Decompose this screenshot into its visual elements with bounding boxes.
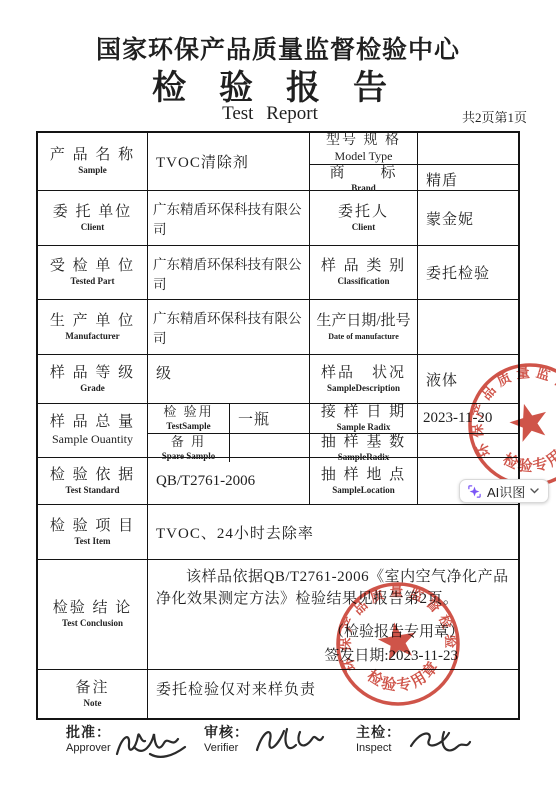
conclusion-paragraph: 该样品依据QB/T2761-2006《室内空气净化产品净化效果测定方法》检验结果…: [156, 567, 510, 611]
field-brand-label: 商 标 Brand: [310, 165, 418, 194]
field-mfg-date-value: [418, 300, 518, 354]
row-manufacturer: 生 产 单 位 Manufacturer 广东精盾环保科技有限公司 生产日期/批…: [38, 300, 518, 355]
field-sample-state-value: 液体: [418, 355, 518, 403]
verifier-label-en: Verifier: [204, 742, 249, 755]
field-conclusion-label: 检验 结 论 Test Conclusion: [38, 560, 148, 669]
field-manufacturer-label: 生 产 单 位 Manufacturer: [38, 300, 148, 354]
row-product: 产 品 名 称 Sample TVOC清除剂 型号 规 格 Model Type…: [38, 133, 518, 191]
field-test-item-value: TVOC、24小时去除率: [148, 505, 518, 559]
field-client-value: 广东精盾环保科技有限公司: [148, 191, 310, 245]
field-model-label: 型号 规 格 Model Type: [310, 133, 418, 164]
verifier-block: 审核： Verifier: [204, 726, 325, 764]
field-tested-part-label: 受 检 单 位 Tested Part: [38, 246, 148, 299]
field-client-person-label: 委托人 Client: [310, 191, 418, 245]
seal-note: （检验报告专用章）: [156, 620, 510, 641]
issue-date: 签发日期:2023-11-23: [156, 644, 510, 665]
field-sample-radix-label: 接 样 日 期 Sample Radix: [310, 404, 418, 433]
field-tested-part-value: 广东精盾环保科技有限公司: [148, 246, 310, 299]
inspector-block: 主检： Inspect: [356, 726, 473, 764]
row-test-standard: 检 验 依 据 Test Standard QB/T2761-2006 抽 样 …: [38, 458, 518, 505]
field-sample-radix-value: 2023-11-20: [418, 404, 518, 433]
ai-button-label: AI识图: [487, 482, 525, 501]
row-client: 委 托 单位 Client 广东精盾环保科技有限公司 委托人 Client 蒙金…: [38, 191, 518, 246]
page-indicator: 共2页第1页: [462, 107, 527, 126]
chevron-down-icon: [530, 488, 539, 494]
ai-recognition-button[interactable]: AI识图: [459, 479, 549, 503]
inspector-label-en: Inspect: [356, 742, 401, 755]
field-mfg-date-label: 生产日期/批号 Date of manufacture: [310, 300, 418, 354]
report-title: 检验报告: [0, 60, 556, 109]
report-title-en: Test Report: [0, 103, 540, 125]
inspector-signature: [403, 722, 473, 764]
field-sample-state-label: 样品 状况 SampleDescription: [310, 355, 418, 403]
approver-signature: [113, 722, 191, 764]
row-grade: 样 品 等 级 Grade 级 样品 状况 SampleDescription …: [38, 355, 518, 404]
field-product-value: TVOC清除剂: [148, 133, 310, 190]
field-manufacturer-value: 广东精盾环保科技有限公司: [148, 300, 310, 354]
field-test-sample-value: 一瓶: [230, 404, 310, 433]
approver-label-en: Approver: [66, 742, 111, 755]
field-standard-value: QB/T2761-2006: [148, 458, 310, 504]
row-test-item: 检 验 项 目 Test Item TVOC、24小时去除率: [38, 505, 518, 560]
field-standard-label: 检 验 依 据 Test Standard: [38, 458, 148, 504]
sparkle-scan-icon: [467, 484, 482, 499]
row-note: 备注 Note 委托检验仅对来样负责: [38, 670, 518, 718]
field-client-label: 委 托 单位 Client: [38, 191, 148, 245]
verifier-signature: [251, 722, 325, 764]
field-classification-label: 样 品 类 别 Classification: [310, 246, 418, 299]
inspector-label: 主检：: [356, 726, 401, 742]
field-brand-value: 精盾: [418, 165, 518, 194]
field-client-person-value: 蒙金妮: [418, 191, 518, 245]
verifier-label: 审核：: [204, 726, 249, 742]
field-quantity-label: 样 品 总 量 Sample Ouantity: [38, 404, 148, 457]
report-table: 产 品 名 称 Sample TVOC清除剂 型号 规 格 Model Type…: [36, 131, 520, 720]
approver-label: 批准：: [66, 726, 111, 742]
field-note-value: 委托检验仅对来样负责: [148, 670, 518, 718]
field-sample-location-label: 抽 样 地 点 SampleLocation: [310, 458, 418, 504]
field-grade-label: 样 品 等 级 Grade: [38, 355, 148, 403]
field-grade-value: 级: [148, 355, 310, 403]
approver-block: 批准： Approver: [66, 726, 191, 764]
field-model-value: [418, 133, 518, 164]
field-test-sample-label: 检 验用 TestSample: [148, 404, 230, 433]
field-classification-value: 委托检验: [418, 246, 518, 299]
field-test-item-label: 检 验 项 目 Test Item: [38, 505, 148, 559]
field-conclusion-value: 该样品依据QB/T2761-2006《室内空气净化产品净化效果测定方法》检验结果…: [148, 560, 518, 669]
field-product-label: 产 品 名 称 Sample: [38, 133, 148, 190]
row-conclusion: 检验 结 论 Test Conclusion 该样品依据QB/T2761-200…: [38, 560, 518, 670]
report-page: 国家环保产品质量监督检验中心 检验报告 Test Report 共2页第1页 产…: [0, 0, 556, 798]
row-sample-quantity: 样 品 总 量 Sample Ouantity 检 验用 TestSample …: [38, 404, 518, 458]
row-tested-part: 受 检 单 位 Tested Part 广东精盾环保科技有限公司 样 品 类 别…: [38, 246, 518, 300]
field-note-label: 备注 Note: [38, 670, 148, 718]
